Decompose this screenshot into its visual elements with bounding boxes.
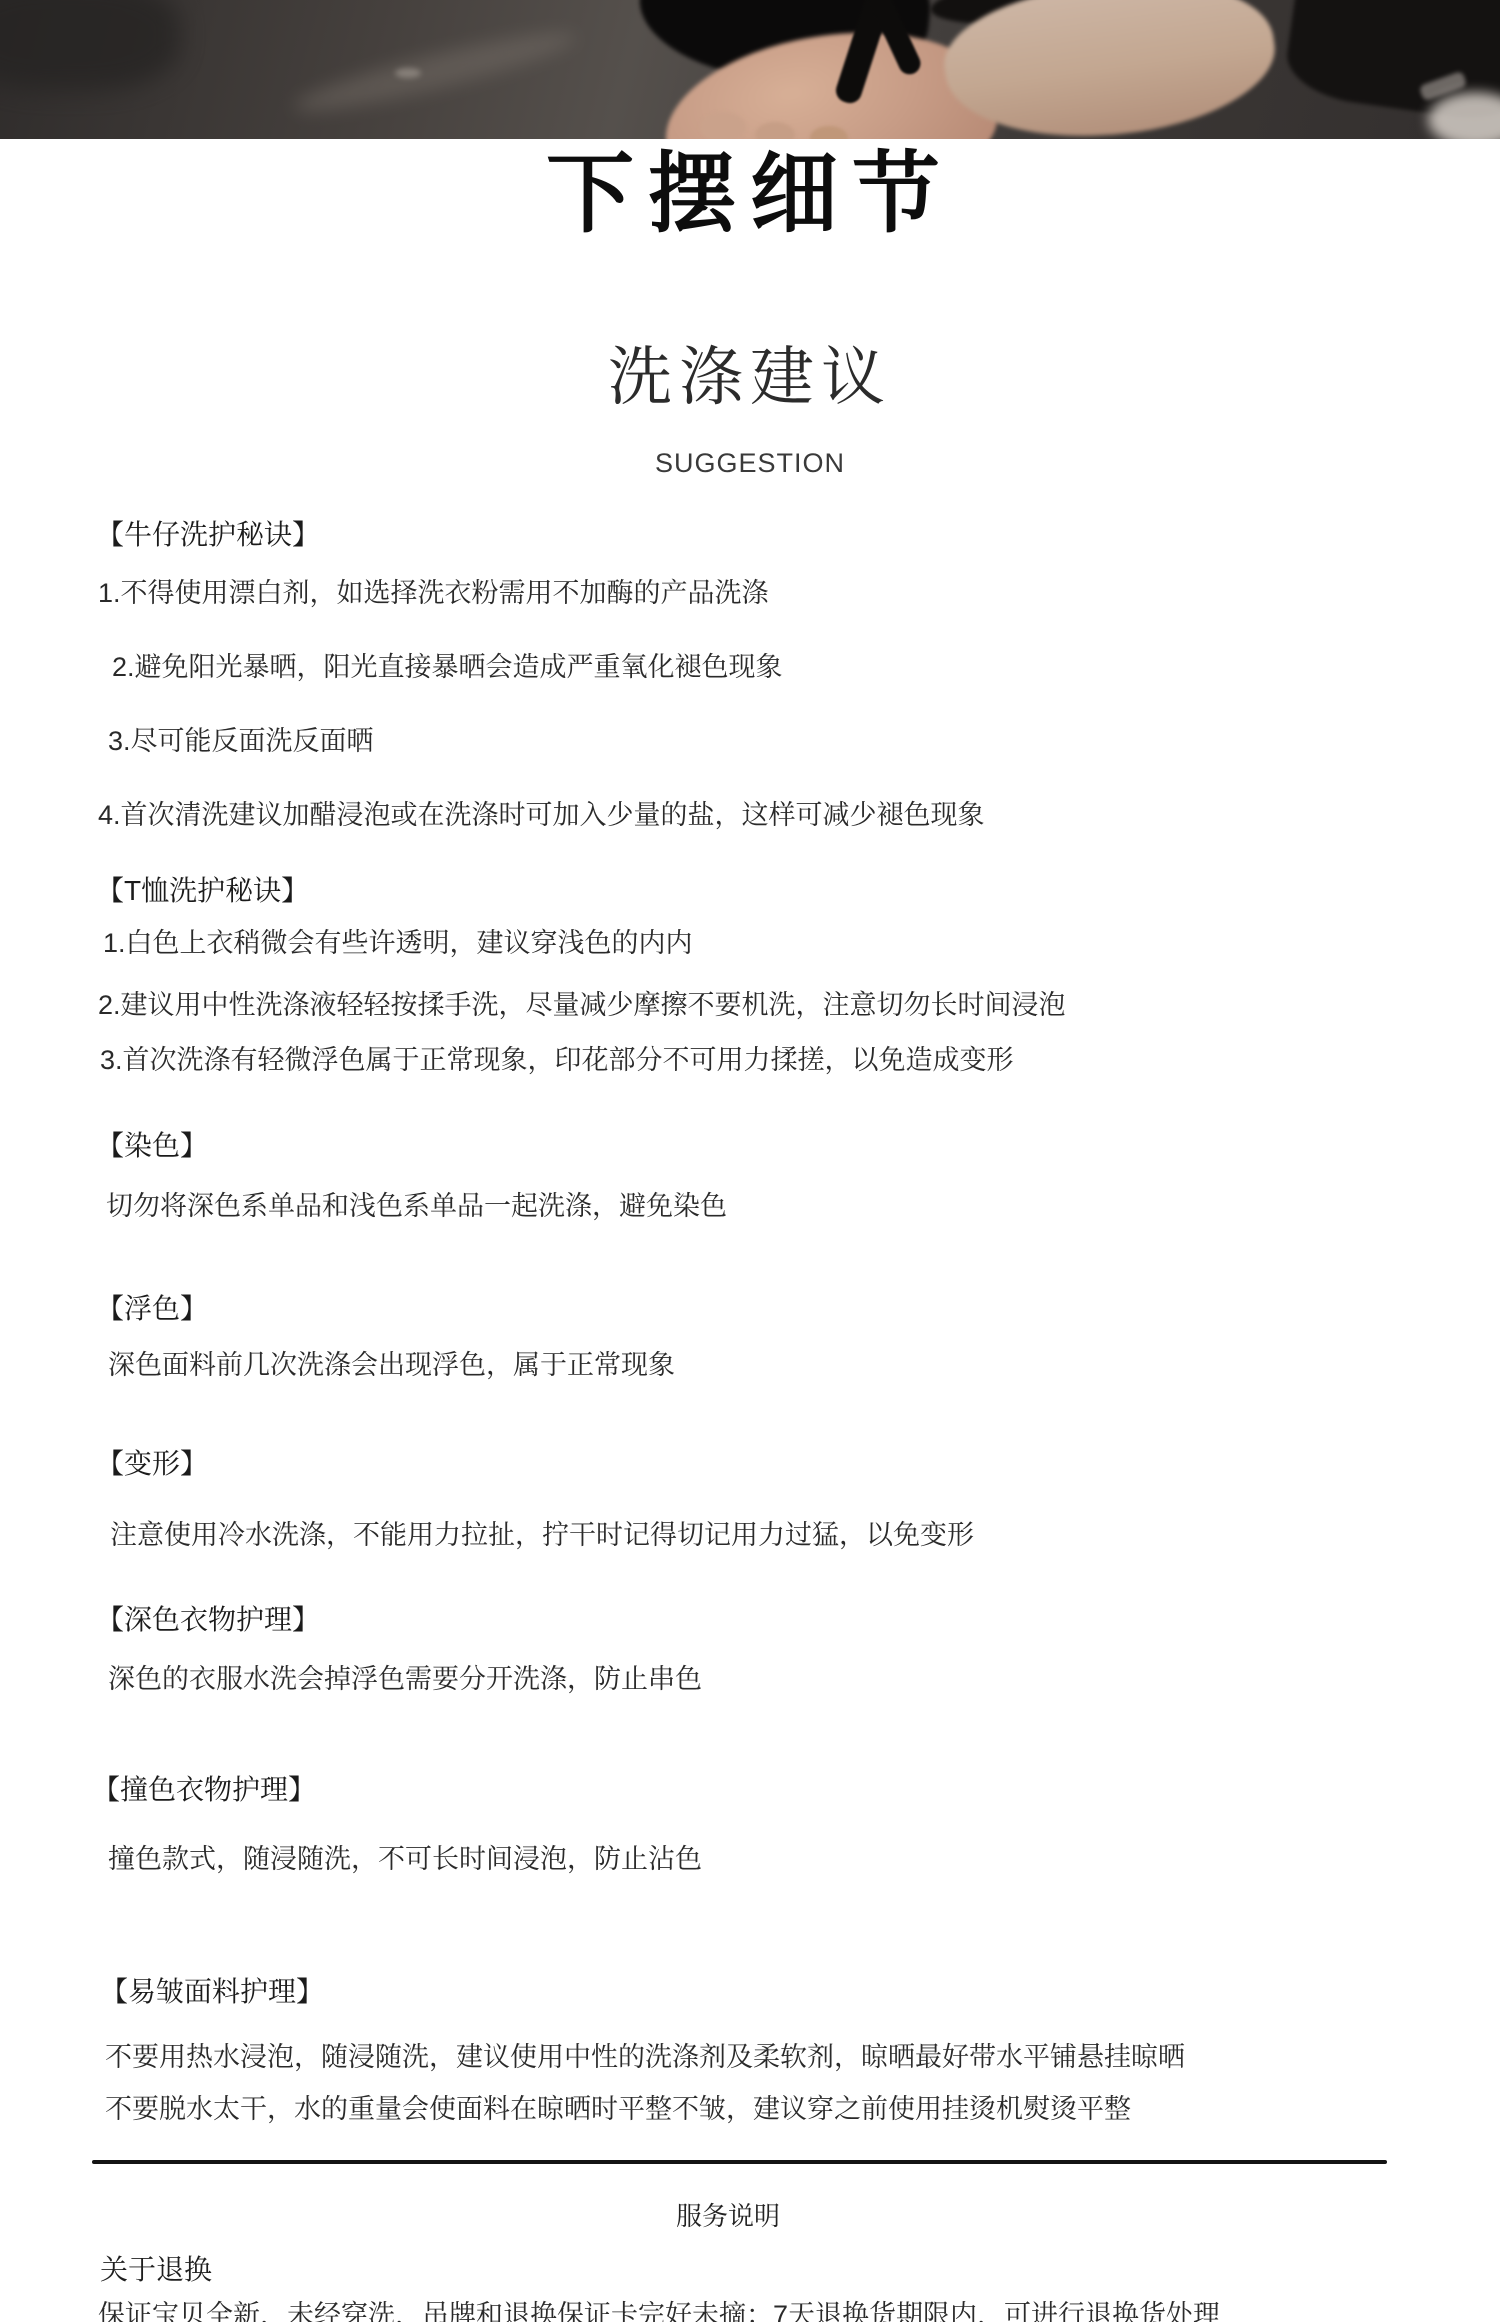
photo-asphalt-speck xyxy=(395,68,421,78)
care-tip: 深色的衣服水洗会掉浮色需要分开洗涤，防止串色 xyxy=(108,1665,702,1693)
divider xyxy=(92,2160,1387,2164)
care-tip: 撞色款式，随浸随洗，不可长时间浸泡，防止沾色 xyxy=(108,1845,702,1873)
product-detail-page: 下摆细节 洗涤建议 SUGGESTION 【牛仔洗护秘诀】 1.不得使用漂白剂，… xyxy=(0,0,1500,2322)
care-tip: 不要脱水太干，水的重量会使面料在晾晒时平整不皱，建议穿之前使用挂烫机熨烫平整 xyxy=(105,2095,1131,2123)
care-tip: 注意使用冷水洗涤，不能用力拉扯，拧干时记得切记用力过猛，以免变形 xyxy=(110,1521,974,1549)
care-tip: 深色面料前几次洗涤会出现浮色，属于正常现象 xyxy=(108,1351,675,1379)
care-tip: 3.尽可能反面洗反面晒 xyxy=(108,727,374,755)
section-header-tshirt: 【T恤洗护秘诀】 xyxy=(96,876,309,905)
return-note: 保证宝贝全新，未经穿洗，吊牌和退换保证卡完好未摘；7天退换货期限内，可进行退换货… xyxy=(98,2301,1220,2322)
wash-suggestion-title: 洗涤建议 xyxy=(0,344,1500,411)
photo-toe xyxy=(700,112,746,139)
page-title: 下摆细节 xyxy=(0,148,1500,240)
section-header-wrinkle-fabric: 【易皱面料护理】 xyxy=(100,1977,324,2006)
section-header-jeans: 【牛仔洗护秘诀】 xyxy=(96,520,320,549)
care-tip: 切勿将深色系单品和浅色系单品一起洗涤，避免染色 xyxy=(106,1192,727,1220)
photo-right-foot xyxy=(936,0,1284,139)
service-title: 服务说明 xyxy=(0,2203,1478,2230)
wash-suggestion-subtitle: SUGGESTION xyxy=(0,449,1500,477)
section-header-contrast-color: 【撞色衣物护理】 xyxy=(92,1775,316,1804)
section-header-dyeing: 【染色】 xyxy=(96,1131,208,1160)
section-header-deformation: 【变形】 xyxy=(96,1449,208,1478)
care-tip: 2.建议用中性洗涤液轻轻按揉手洗，尽量减少摩擦不要机洗，注意切勿长时间浸泡 xyxy=(98,991,1066,1019)
section-header-bleeding: 【浮色】 xyxy=(96,1294,208,1323)
care-tip: 3.首次洗涤有轻微浮色属于正常现象，印花部分不可用力揉搓，以免造成变形 xyxy=(100,1046,1014,1074)
section-header-dark-garment: 【深色衣物护理】 xyxy=(96,1605,320,1634)
care-tip: 1.不得使用漂白剂，如选择洗衣粉需用不加酶的产品洗涤 xyxy=(98,579,769,607)
care-tip: 1.白色上衣稍微会有些许透明，建议穿浅色的内内 xyxy=(103,929,693,957)
return-heading: 关于退换 xyxy=(100,2255,212,2284)
photo-light-streak xyxy=(290,20,580,123)
photo-dark-corner xyxy=(0,0,180,90)
care-tip: 2.避免阳光暴晒，阳光直接暴晒会造成严重氧化褪色现象 xyxy=(112,653,783,681)
hero-photo xyxy=(0,0,1500,139)
care-tip: 不要用热水浸泡，随浸随洗，建议使用中性的洗涤剂及柔软剂，晾晒最好带水平铺悬挂晾晒 xyxy=(105,2043,1185,2071)
care-tip: 4.首次清洗建议加醋浸泡或在洗涤时可加入少量的盐，这样可减少褪色现象 xyxy=(98,801,985,829)
